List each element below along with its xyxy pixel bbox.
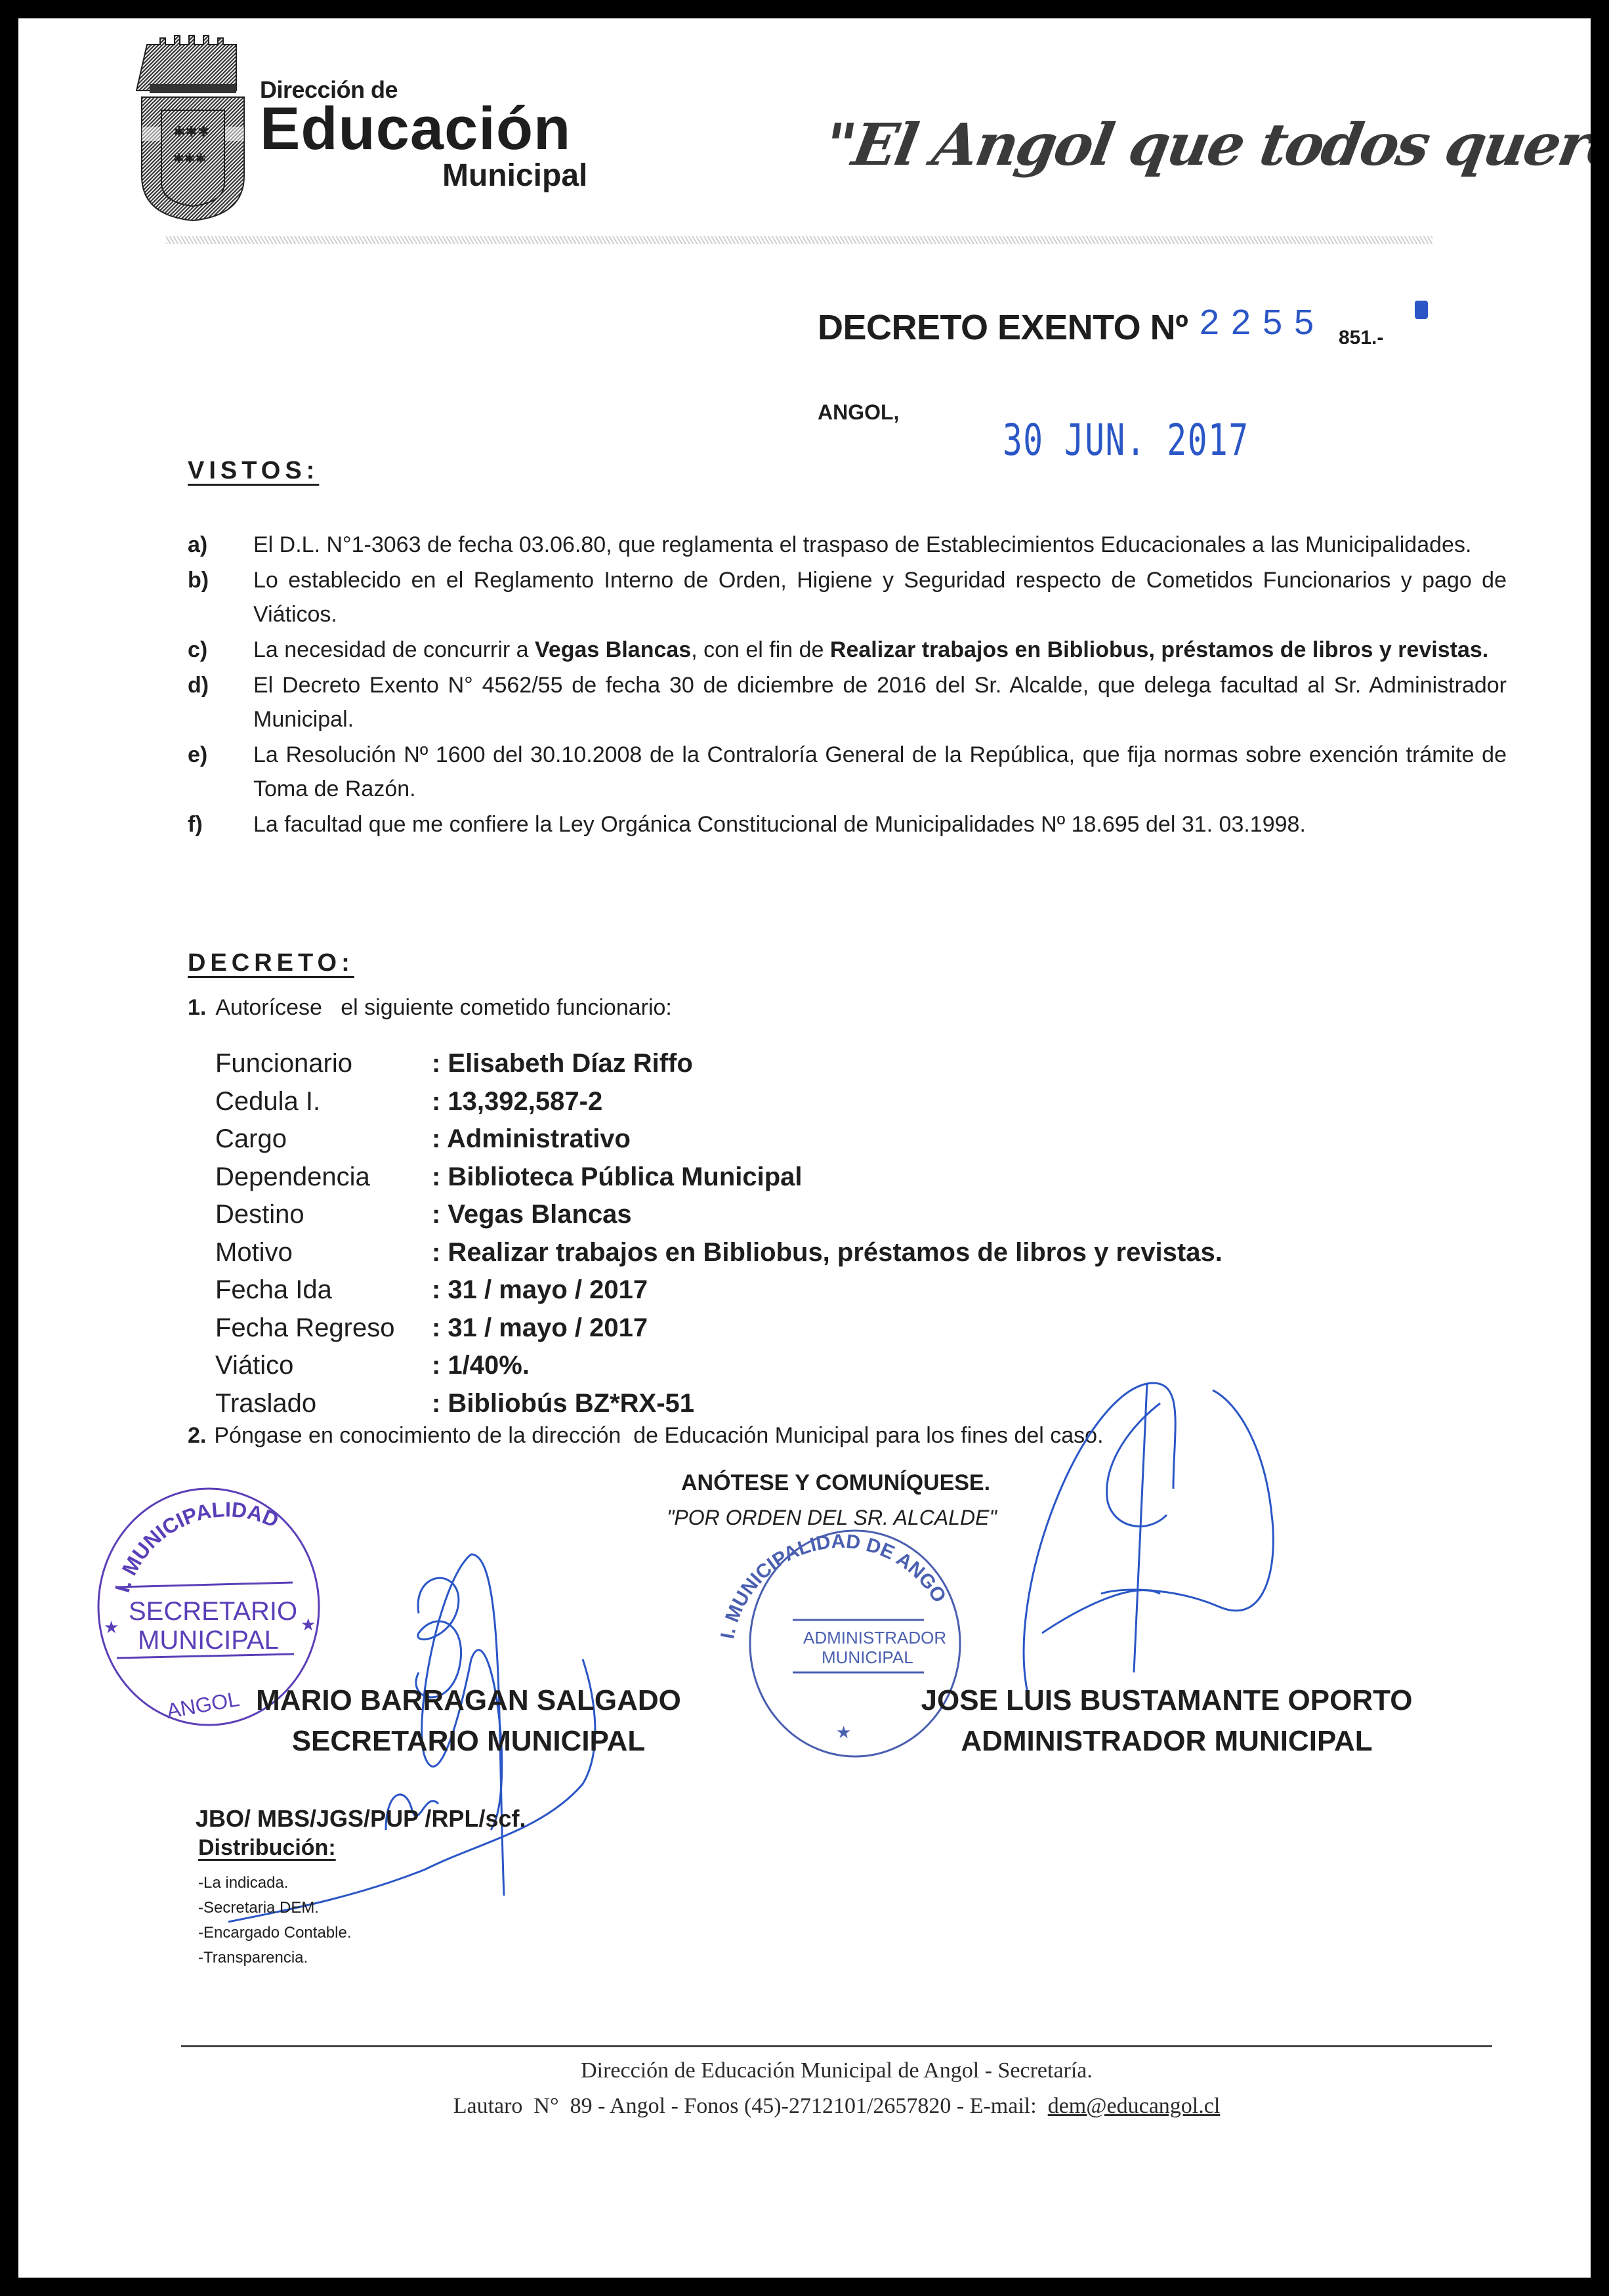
item-text: La necesidad de concurrir a Vegas Blanca… [253, 633, 1507, 667]
item-text: La Resolución Nº 1600 del 30.10.2008 de … [253, 738, 1507, 806]
vistos-item: a) El D.L. N°1-3063 de fecha 03.06.80, q… [188, 528, 1507, 562]
field-value: : 31 / mayo / 2017 [432, 1271, 648, 1309]
item-marker: d) [188, 668, 253, 736]
field-label: Fecha Regreso [215, 1309, 432, 1348]
distribution-item: -La indicada. [198, 1871, 351, 1896]
field-value: : Biblioteca Pública Municipal [432, 1159, 803, 1197]
signatory-right: JOSE LUIS BUSTAMANTE OPORTO ADMINISTRADO… [891, 1680, 1442, 1762]
footer-address: Lautaro N° 89 - Angol - Fonos (45)-27121… [453, 2094, 1048, 2118]
field-label: Funcionario [215, 1045, 432, 1083]
distribution-list: -La indicada. -Secretaria DEM. -Encargad… [198, 1871, 351, 1970]
field-row: Cargo: Administrativo [215, 1120, 1222, 1159]
field-value: : 13,392,587-2 [432, 1083, 602, 1121]
vistos-list: a) El D.L. N°1-3063 de fecha 03.06.80, q… [188, 528, 1507, 843]
field-label: Dependencia [215, 1159, 432, 1197]
signatory-left: MARIO BARRAGAN SALGADO SECRETARIO MUNICI… [245, 1680, 692, 1762]
field-row: Viático: 1/40%. [215, 1347, 1222, 1385]
item-marker: b) [188, 563, 253, 631]
stamp-bottom-text: ANGOL [165, 1687, 241, 1723]
vistos-item: d) El Decreto Exento N° 4562/55 de fecha… [188, 668, 1507, 736]
stamp-line-2: MUNICIPAL [138, 1626, 279, 1655]
field-label: Traslado [215, 1385, 432, 1423]
distribution-item: -Secretaria DEM. [198, 1896, 351, 1921]
signatory-role: SECRETARIO MUNICIPAL [245, 1721, 692, 1762]
brand-line-2: Educación [260, 98, 571, 159]
vistos-item: c) La necesidad de concurrir a Vegas Bla… [188, 633, 1507, 667]
field-row: Fecha Regreso: 31 / mayo / 2017 [215, 1309, 1222, 1348]
field-row: Cedula I.: 13,392,587-2 [215, 1083, 1222, 1121]
text-part: , con el fin de [691, 637, 830, 662]
star-icon: ★ [301, 1615, 316, 1634]
signatory-name: MARIO BARRAGAN SALGADO [245, 1680, 692, 1721]
star-icon: ★ [104, 1617, 119, 1637]
point-number: 2. [188, 1423, 206, 1448]
decree-title: DECRETO EXENTO Nº [818, 307, 1188, 348]
field-value: : 1/40%. [432, 1347, 530, 1385]
brand-line-3: Municipal [442, 160, 587, 192]
field-label: Viático [215, 1347, 432, 1385]
field-value: : Administrativo [432, 1120, 631, 1159]
field-label: Cedula I. [215, 1083, 432, 1121]
vistos-item: e) La Resolución Nº 1600 del 30.10.2008 … [188, 738, 1507, 806]
svg-text:✱✱✱: ✱✱✱ [173, 152, 206, 166]
field-row: Motivo: Realizar trabajos en Bibliobus, … [215, 1234, 1222, 1272]
field-row: Funcionario: Elisabeth Díaz Riffo [215, 1045, 1222, 1083]
date-stamp: 30 JUN. 2017 [1003, 415, 1249, 465]
municipal-crest-logo: ✱✱✱ ✱✱✱ [134, 32, 252, 222]
item-marker: c) [188, 633, 253, 667]
field-row: Destino: Vegas Blancas [215, 1196, 1222, 1234]
closing-anotese: ANÓTESE Y COMUNÍQUESE. [681, 1470, 990, 1496]
field-value: : Elisabeth Díaz Riffo [432, 1045, 693, 1083]
distribution-item: -Encargado Contable. [198, 1921, 351, 1945]
signatory-name: JOSE LUIS BUSTAMANTE OPORTO [891, 1680, 1442, 1721]
footer-divider [181, 2045, 1492, 2047]
decreto-point-1: 1.Autorícese el siguiente cometido funci… [188, 995, 672, 1021]
signatory-role: ADMINISTRADOR MUNICIPAL [891, 1721, 1442, 1762]
vistos-item: b) Lo establecido en el Reglamento Inter… [188, 563, 1507, 631]
footer-line-2: Lautaro N° 89 - Angol - Fonos (45)-27121… [181, 2089, 1492, 2124]
field-label: Fecha Ida [215, 1271, 432, 1309]
point-text: Póngase en conocimiento de la dirección … [214, 1423, 1103, 1448]
header-divider [166, 236, 1432, 244]
vistos-heading: VISTOS: [188, 457, 319, 485]
slogan: "El Angol que todos queremos..." [820, 110, 1591, 179]
document-page: ✱✱✱ ✱✱✱ Dirección de Educación Municipal… [18, 18, 1591, 2278]
field-label: Destino [215, 1196, 432, 1234]
field-value: : Vegas Blancas [432, 1196, 632, 1234]
decreto-point-2: 2.Póngase en conocimiento de la direcció… [188, 1423, 1104, 1449]
destination-bold: Vegas Blancas [535, 637, 691, 662]
svg-text:✱✱✱: ✱✱✱ [173, 123, 209, 140]
distribution-heading: Distribución: [198, 1835, 336, 1861]
commission-fields: Funcionario: Elisabeth Díaz Riffo Cedula… [215, 1045, 1222, 1422]
field-value: : 31 / mayo / 2017 [432, 1309, 648, 1348]
text-part: La necesidad de concurrir a [253, 637, 535, 662]
purpose-bold: Realizar trabajos en Bibliobus, préstamo… [830, 637, 1488, 662]
stamp-line-1: ADMINISTRADOR [803, 1628, 946, 1648]
closing-por-orden: "POR ORDEN DEL SR. ALCALDE" [667, 1506, 997, 1530]
ink-mark [1415, 301, 1428, 319]
point-text: Autorícese el siguiente cometido funcion… [215, 995, 672, 1020]
item-text: El D.L. N°1-3063 de fecha 03.06.80, que … [253, 528, 1507, 562]
city-label: ANGOL, [818, 400, 899, 425]
point-number: 1. [188, 995, 206, 1020]
item-marker: f) [188, 807, 253, 841]
field-row: Dependencia: Biblioteca Pública Municipa… [215, 1159, 1222, 1197]
field-row: Fecha Ida: 31 / mayo / 2017 [215, 1271, 1222, 1309]
star-icon: ★ [836, 1722, 851, 1742]
item-marker: a) [188, 528, 253, 562]
item-text: El Decreto Exento N° 4562/55 de fecha 30… [253, 668, 1507, 736]
distribution-item: -Transparencia. [198, 1945, 351, 1970]
field-row: Traslado: Bibliobús BZ*RX-51 [215, 1385, 1222, 1423]
field-value: : Bibliobús BZ*RX-51 [432, 1385, 694, 1423]
field-label: Cargo [215, 1120, 432, 1159]
item-marker: e) [188, 738, 253, 806]
field-label: Motivo [215, 1234, 432, 1272]
footer: Dirección de Educación Municipal de Ango… [181, 2053, 1492, 2124]
stamp-line-2: MUNICIPAL [822, 1648, 913, 1667]
stamp-line-1: SECRETARIO [129, 1597, 297, 1626]
item-text: La facultad que me confiere la Ley Orgán… [253, 807, 1507, 841]
item-text: Lo establecido en el Reglamento Interno … [253, 563, 1507, 631]
initials: JBO/ MBS/JGS/PUP /RPL/scf. [196, 1805, 526, 1833]
footer-line-1: Dirección de Educación Municipal de Ango… [181, 2053, 1492, 2089]
stamp-arc-text: I. MUNICIPALIDAD [110, 1497, 282, 1595]
vistos-item: f) La facultad que me confiere la Ley Or… [188, 807, 1507, 841]
field-value: : Realizar trabajos en Bibliobus, présta… [432, 1234, 1222, 1272]
decree-number-stamp: 2255 [1200, 302, 1326, 343]
decreto-heading: DECRETO: [188, 949, 354, 977]
email-link[interactable]: dem@educangol.cl [1048, 2094, 1221, 2118]
decree-number-suffix: 851.- [1339, 327, 1383, 349]
